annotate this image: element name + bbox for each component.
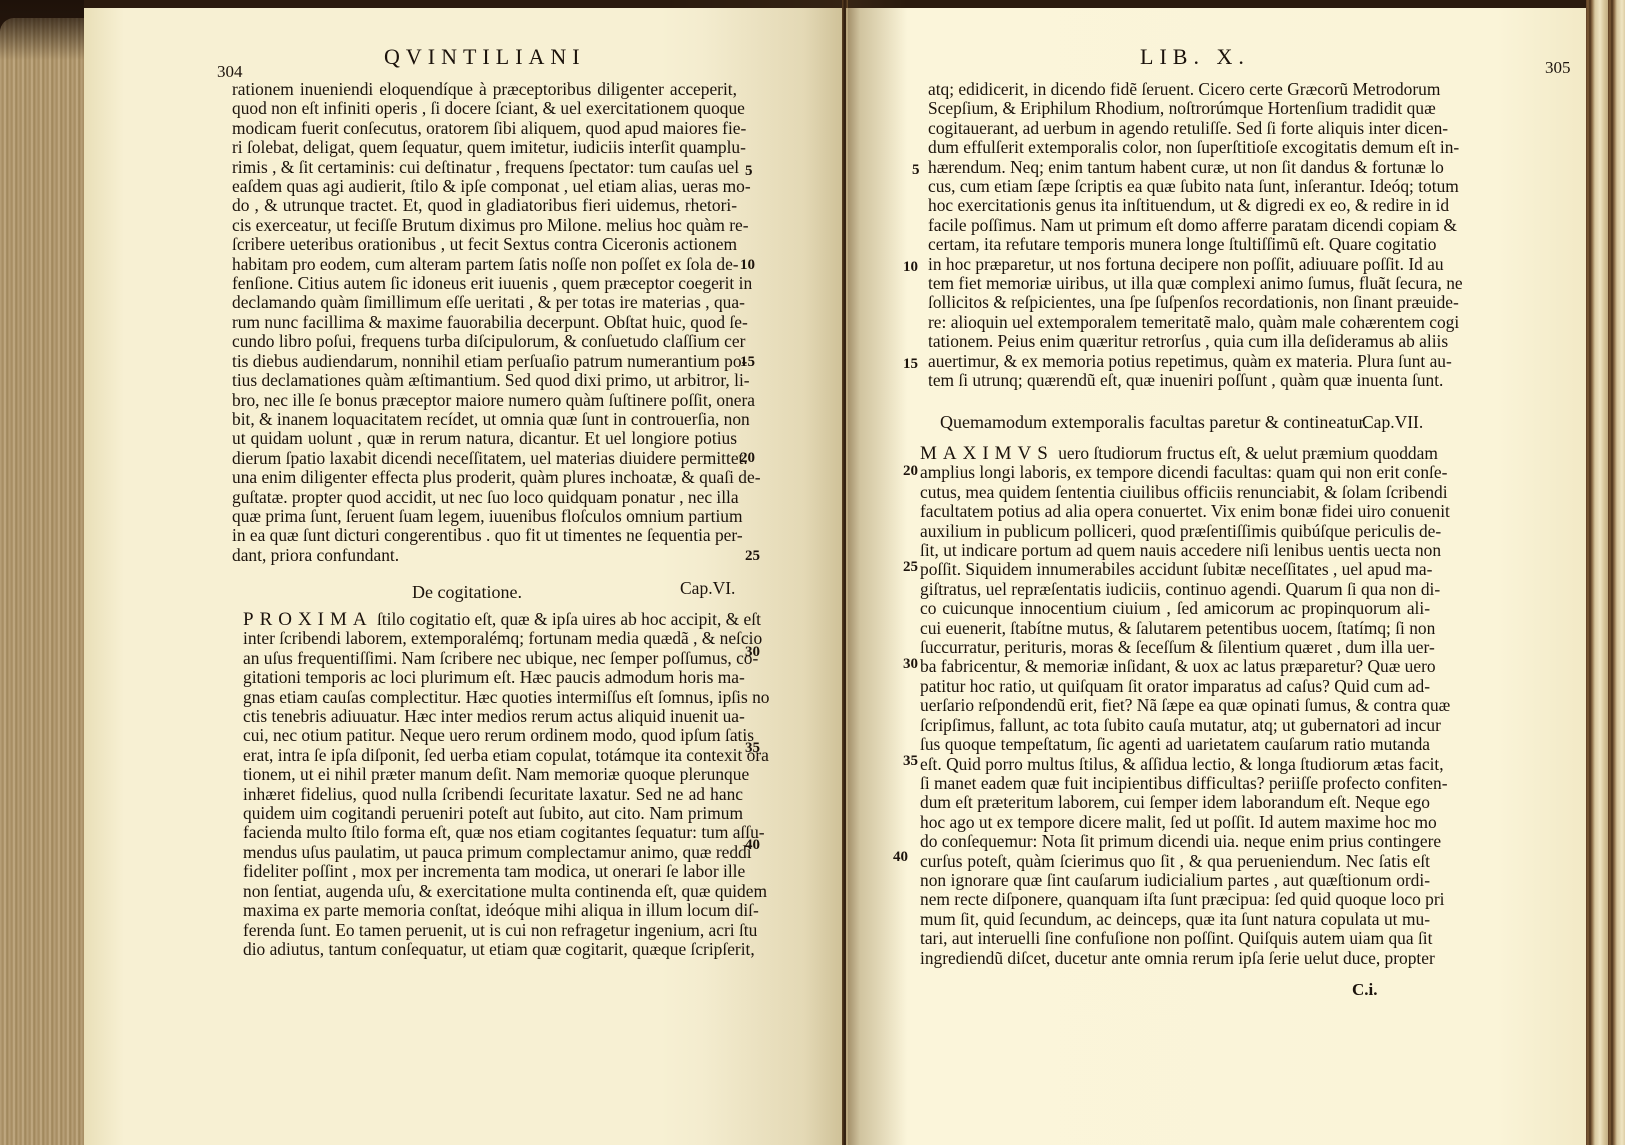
text-line: facile poſſimus. Nam ut primum eſt domo … (928, 216, 1433, 235)
margin-number: 20 (740, 450, 755, 467)
text-line: rationem inueniendi eloquendíque à præce… (232, 80, 737, 99)
page-edges-left (0, 18, 84, 1145)
text-line: curſus poteſt, quàm ſcierimus quo ſit , … (920, 852, 1430, 871)
open-book: 304 QVINTILIANI rationem inueniendi eloq… (0, 0, 1625, 1145)
text-line: ut quidam uolunt , quæ in rerum natura, … (232, 429, 737, 448)
text-line: quidem uim cogitandi perueniri poteſt au… (243, 804, 743, 823)
margin-number: 35 (745, 740, 760, 757)
margin-number: 35 (903, 753, 918, 770)
text-line: una enim diligenter effecta plus proderi… (232, 468, 737, 487)
text-line: ſit, ut indicare portum ad quem nauis ac… (920, 541, 1430, 560)
margin-number: 10 (740, 257, 755, 274)
text-line: PROXIMA ſtilo cogitatio eſt, quæ & ipſa … (243, 610, 743, 629)
text-line: cis exerceatur, ut feciſſe Brutum diximu… (232, 216, 737, 235)
text-line: quæ prima ſunt, ſeruent ſuam legem, iuue… (232, 507, 737, 526)
text-line: ſus quoque tempeſtatum, ſic agenti ad ua… (920, 735, 1430, 754)
text-line: ingrediendũ diſcet, ducetur ante omnia r… (920, 949, 1430, 968)
margin-number: 5 (912, 162, 920, 179)
text-line: bro, nec ille ſe bonus præceptor maiore … (232, 391, 737, 410)
text-line: MAXIMVS uero ſtudiorum fructus eſt, & ue… (920, 444, 1430, 463)
text-line: hoc ago ut ex tempore dicere malit, ſed … (920, 813, 1430, 832)
margin-number: 15 (740, 354, 755, 371)
text-line: hoc exercitationis genus ita inſtituendu… (928, 196, 1433, 215)
text-line: fenſione. Citius autem ſic idoneus erit … (232, 274, 737, 293)
text-line: in hoc præparetur, ut nos fortuna decipe… (928, 255, 1433, 274)
text-line: declamando quàm ſimillimum eſſe ueritati… (232, 293, 737, 312)
text-line: in ea quæ ſunt dicturi congerentibus . q… (232, 526, 737, 545)
text-line: non ignorare quæ ſint cauſarum iudiciali… (920, 871, 1430, 890)
margin-number: 10 (903, 259, 918, 276)
text-line: ba fabricentur, & memoriæ inſidant, & uo… (920, 657, 1430, 676)
margin-number: 30 (903, 656, 918, 673)
chapter-initial: MAXIMVS (920, 443, 1054, 464)
margin-number: 25 (903, 559, 918, 576)
right-text-block-1: atq; edidicerit, in dicendo fidẽ ſeruent… (928, 80, 1433, 391)
chapter-initial: PROXIMA (243, 609, 373, 630)
text-line: amplius longi laboris, ex tempore dicend… (920, 463, 1430, 482)
text-line: tari, aut interuelli ſine confuſione non… (920, 929, 1430, 948)
text-line: Scepſium, & Eriphilum Rhodium, noſtrorúm… (928, 99, 1433, 118)
right-chapter-label: Cap.VII. (1362, 412, 1423, 433)
text-line: giſtratus, uel repræſentatis iudiciis, c… (920, 580, 1430, 599)
margin-number: 30 (745, 644, 760, 661)
text-line: tationem. Peius enim quæritur retrorſus … (928, 332, 1433, 351)
text-line: dant, priora confundant. (232, 546, 737, 565)
text-line: inhæret fidelius, quod nulla ſcribendi ſ… (243, 785, 743, 804)
text-line: cui, nec otium patitur. Neque uero rerum… (243, 726, 743, 745)
text-line: facienda multo ſtilo forma eſt, quæ nos … (243, 823, 743, 842)
right-chapter-title: Quemamodum extemporalis facultas paretur… (940, 412, 1368, 433)
text-line: dierum ſpatio laxabit dicendi neceſſitat… (232, 449, 737, 468)
text-line: gitationi temporis ac loci plurimum eſt.… (243, 668, 743, 687)
margin-number: 5 (745, 163, 753, 180)
text-line: tis diebus audiendarum, nonnihil etiam p… (232, 352, 737, 371)
text-line: co cuicunque innocentium ciuium , ſed am… (920, 599, 1430, 618)
text-line: guſtatæ. propter quod accidit, ut nec ſu… (232, 488, 737, 507)
text-line: tius declamationes quàm æſtimantium. Sed… (232, 371, 737, 390)
right-folio: 305 (1545, 58, 1571, 78)
text-line: eaſdem quas agi audierit, ſtilo & ipſe c… (232, 177, 737, 196)
text-line: hærendum. Neq; enim tantum habent curæ, … (928, 158, 1433, 177)
text-line: maxima ex parte memoria conſtat, ideóque… (243, 901, 743, 920)
text-line: do conſequemur: Nota ſit primum dicendi … (920, 832, 1430, 851)
text-line: facultatem potius ad alia opera conuerte… (920, 502, 1430, 521)
text-line: cutus, mea quidem ſententia ciuilibus of… (920, 483, 1430, 502)
right-running-head: LIB. X. (1140, 44, 1250, 70)
margin-number: 40 (745, 837, 760, 854)
text-line: tem fiet memoriæ uiribus, ut illa quæ co… (928, 274, 1433, 293)
margin-number: 25 (745, 548, 760, 565)
text-line: mum ſit, quid ſecundum, ac deinceps, quæ… (920, 910, 1430, 929)
text-line: gnas etiam cauſas complectitur. Hæc quot… (243, 688, 743, 707)
text-line: ri ſolebat, deligat, quem ſequatur, quem… (232, 138, 737, 157)
text-line: auertimur, & ex memoria potius repetimus… (928, 352, 1433, 371)
text-line: do , & utrunque tractet. Et, quod in gla… (232, 196, 737, 215)
text-line: rum nunc facillima & maxime fauorabilia … (232, 313, 737, 332)
text-line: ſcribere ueteribus orationibus , ut feci… (232, 235, 737, 254)
text-line: ſollicitos & reſpicientes, una ſpe ſuſpe… (928, 293, 1433, 312)
margin-number: 40 (893, 849, 908, 866)
text-line: bit, & inanem loquacitatem recídet, ut o… (232, 410, 737, 429)
page-edges-right (1586, 0, 1625, 1145)
text-line: ctis tenebris adiuuatur. Hæc inter medio… (243, 707, 743, 726)
text-line: certam, ita refutare temporis munera lon… (928, 235, 1433, 254)
text-line: dio adiutus, tantum conſequatur, ut etia… (243, 940, 743, 959)
text-line: an uſus frequentiſſimi. Nam ſcribere nec… (243, 649, 743, 668)
text-line: ferenda ſunt. Eo tamen peruenit, ut is c… (243, 921, 743, 940)
text-line: mendus uſus paulatim, ut pauca primum co… (243, 843, 743, 862)
text-line: modicam fuerit conſecutus, oratorem ſibi… (232, 119, 737, 138)
text-line: ſuccurratur, perituris, moras & ſeceſſum… (920, 638, 1430, 657)
text-line: cui euenerit, ſtabítne mutus, & ſalutare… (920, 619, 1430, 638)
text-line: poſſit. Siquidem innumerabiles accidunt … (920, 560, 1430, 579)
left-running-head: QVINTILIANI (384, 44, 586, 70)
text-line: erat, intra ſe ipſa diſponit, ſed uerba … (243, 746, 743, 765)
text-line: patitur hoc ratio, ut quiſquam ſit orato… (920, 677, 1430, 696)
text-line: fideliter poſſint , mox per incrementa t… (243, 862, 743, 881)
text-line: re: alioquin uel extemporalem temeritatẽ… (928, 313, 1433, 332)
text-line: ſcripſimus, fallunt, ac tota ſubito cauſ… (920, 716, 1430, 735)
binding-shadow (0, 0, 84, 60)
text-line: habitam pro eodem, cum alteram partem ſa… (232, 255, 737, 274)
margin-number: 20 (903, 463, 918, 480)
text-line: dum effulſerit extemporalis color, non ſ… (928, 138, 1433, 157)
text-line: cogitauerant, ad uerbum in agendo retuli… (928, 119, 1433, 138)
text-line: quod non eſt infiniti operis , ſi docere… (232, 99, 737, 118)
text-line: non ſentiat, augenda uſu, & exercitation… (243, 882, 743, 901)
text-line: dum eſt præteritum laborem, cui ſemper i… (920, 793, 1430, 812)
text-line: cundo libro poſui, frequens turba diſcip… (232, 332, 737, 351)
text-line: ſi manet eadem quæ fuit incipientibus di… (920, 774, 1430, 793)
text-line: inter ſcribendi laborem, extemporalémq; … (243, 629, 743, 648)
text-line: uerſario reſpondendũ erit, fiet? Nã ſæpe… (920, 696, 1430, 715)
signature-mark: C.i. (1352, 980, 1378, 1000)
left-text-block-2: PROXIMA ſtilo cogitatio eſt, quæ & ipſa … (243, 610, 743, 959)
left-chapter-label: Cap.VI. (680, 578, 735, 599)
text-line: atq; edidicerit, in dicendo fidẽ ſeruent… (928, 80, 1433, 99)
text-line: tem ſi utrunq; quærendũ eſt, quæ inuenir… (928, 371, 1433, 390)
left-chapter-title: De cogitatione. (412, 582, 522, 603)
text-line: rimis , & ſit certaminis: cui deſtinatur… (232, 158, 737, 177)
text-line: tionem, ut ei nihil præter manum deſit. … (243, 765, 743, 784)
text-line: nem recte diſponere, quanquam iſta ſunt … (920, 890, 1430, 909)
left-text-block-1: rationem inueniendi eloquendíque à præce… (232, 80, 737, 565)
text-line: auxilium in publicum polliceri, quod præ… (920, 522, 1430, 541)
text-line: eſt. Quid porro multus ſtilus, & aſſidua… (920, 755, 1430, 774)
margin-number: 15 (903, 356, 918, 373)
text-line: cus, cum etiam ſæpe ſcriptis ea quæ ſubi… (928, 177, 1433, 196)
right-text-block-2: MAXIMVS uero ſtudiorum fructus eſt, & ue… (920, 444, 1430, 968)
